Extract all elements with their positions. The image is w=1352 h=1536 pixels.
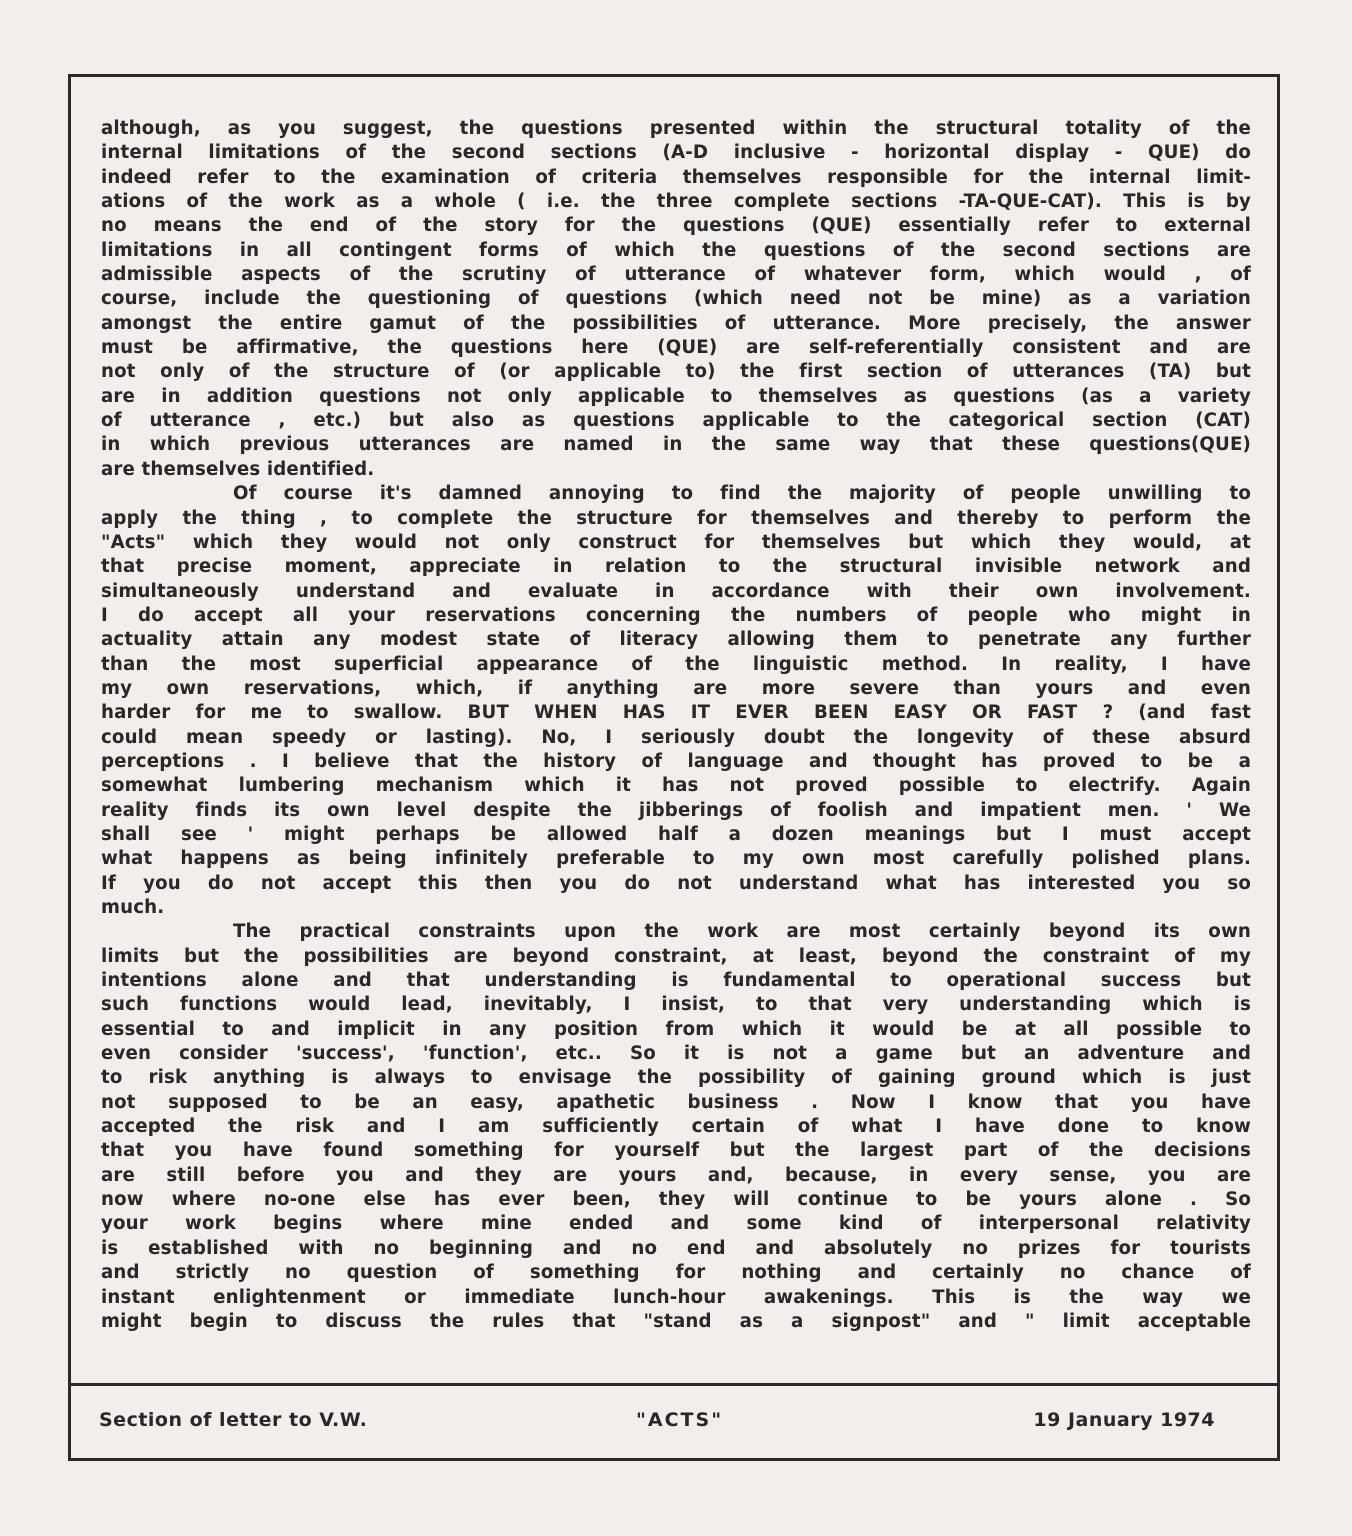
text-line: are in addition questions not only appli… (101, 385, 1251, 409)
text-line: your work begins where mine ended and so… (101, 1212, 1251, 1236)
footer-title: "ACTS" (636, 1409, 723, 1431)
text-line: my own reservations, which, if anything … (101, 677, 1251, 701)
text-line: to risk anything is always to envisage t… (101, 1066, 1251, 1090)
document-frame: although, as you suggest, the questions … (68, 74, 1280, 1461)
text-line: could mean speedy or lasting). No, I ser… (101, 726, 1251, 750)
text-line: Of course it's damned annoying to find t… (101, 482, 1251, 506)
footer-caption: Section of letter to V.W. (99, 1409, 367, 1431)
text-line: simultaneously understand and evaluate i… (101, 580, 1251, 604)
text-line: apply the thing , to complete the struct… (101, 507, 1251, 531)
text-line: are themselves identified. (101, 458, 1251, 482)
text-line: even consider 'success', 'function', etc… (101, 1042, 1251, 1066)
text-line: I do accept all your reservations concer… (101, 604, 1251, 628)
text-line: actuality attain any modest state of lit… (101, 628, 1251, 652)
text-line: essential to and implicit in any positio… (101, 1018, 1251, 1042)
paragraph: The practical constraints upon the work … (101, 920, 1251, 1334)
text-line: limits but the possibilities are beyond … (101, 945, 1251, 969)
text-line: of utterance , etc.) but also as questio… (101, 409, 1251, 433)
text-line: internal limitations of the second secti… (101, 141, 1251, 165)
text-line: that you have found something for yourse… (101, 1139, 1251, 1163)
letter-body: although, as you suggest, the questions … (101, 117, 1251, 1334)
text-line: no means the end of the story for the qu… (101, 214, 1251, 238)
text-line: amongst the entire gamut of the possibil… (101, 312, 1251, 336)
text-line: limitations in all contingent forms of w… (101, 239, 1251, 263)
text-line: instant enlightenment or immediate lunch… (101, 1286, 1251, 1310)
text-line: indeed refer to the examination of crite… (101, 166, 1251, 190)
text-line: ations of the work as a whole ( i.e. the… (101, 190, 1251, 214)
text-line: The practical constraints upon the work … (101, 920, 1251, 944)
text-line: admissible aspects of the scrutiny of ut… (101, 263, 1251, 287)
text-line: such functions would lead, inevitably, I… (101, 993, 1251, 1017)
text-line: harder for me to swallow. BUT WHEN HAS I… (101, 701, 1251, 725)
text-line: course, include the questioning of quest… (101, 287, 1251, 311)
text-line: accepted the risk and I am sufficiently … (101, 1115, 1251, 1139)
paragraph: although, as you suggest, the questions … (101, 117, 1251, 482)
text-line: although, as you suggest, the questions … (101, 117, 1251, 141)
text-line: much. (101, 896, 1251, 920)
text-line: now where no-one else has ever been, the… (101, 1188, 1251, 1212)
text-line: than the most superficial appearance of … (101, 653, 1251, 677)
text-line: perceptions . I believe that the history… (101, 750, 1251, 774)
footer-date: 19 January 1974 (1033, 1409, 1215, 1431)
text-line: must be affirmative, the questions here … (101, 336, 1251, 360)
text-line: that precise moment, appreciate in relat… (101, 555, 1251, 579)
footer: Section of letter to V.W. "ACTS" 19 Janu… (71, 1386, 1277, 1458)
text-line: not only of the structure of (or applica… (101, 360, 1251, 384)
text-line: are still before you and they are yours … (101, 1164, 1251, 1188)
text-line: in which previous utterances are named i… (101, 433, 1251, 457)
text-line: reality finds its own level despite the … (101, 799, 1251, 823)
text-line: somewhat lumbering mechanism which it ha… (101, 774, 1251, 798)
text-line: is established with no beginning and no … (101, 1237, 1251, 1261)
text-line: and strictly no question of something fo… (101, 1261, 1251, 1285)
paragraph: Of course it's damned annoying to find t… (101, 482, 1251, 920)
text-line: "Acts" which they would not only constru… (101, 531, 1251, 555)
text-line: not supposed to be an easy, apathetic bu… (101, 1091, 1251, 1115)
text-line: might begin to discuss the rules that "s… (101, 1310, 1251, 1334)
text-line: what happens as being infinitely prefera… (101, 847, 1251, 871)
text-line: If you do not accept this then you do no… (101, 872, 1251, 896)
text-line: intentions alone and that understanding … (101, 969, 1251, 993)
text-line: shall see ' might perhaps be allowed hal… (101, 823, 1251, 847)
